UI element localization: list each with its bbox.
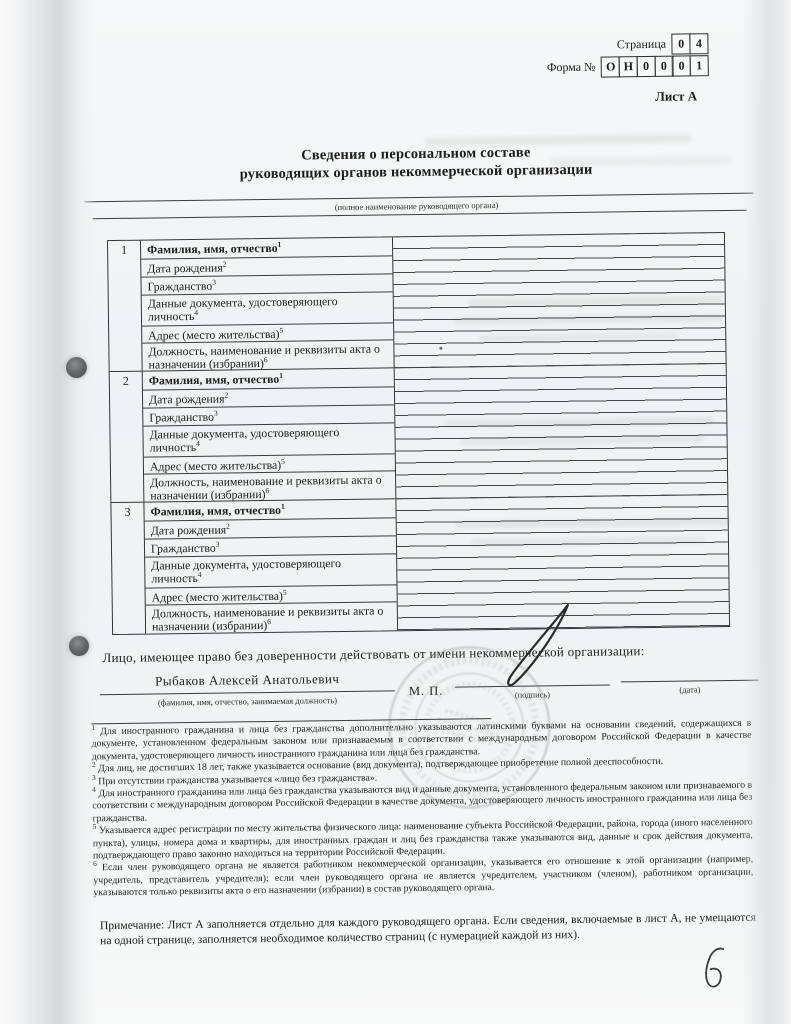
field-label: Должность, наименование и реквизиты акта…	[142, 340, 393, 371]
member-block: 2Фамилия, имя, отчество1Дата рождения2Гр…	[110, 364, 728, 503]
form-digit-box: 0	[636, 56, 655, 77]
date-line[interactable]	[621, 680, 759, 683]
footnote: 6 Если член руководящего органа не являе…	[93, 854, 753, 900]
page-digit-box: 4	[689, 33, 708, 54]
form-number-row: Форма № О Н 0 0 0 1	[525, 55, 709, 78]
page-label: Страница	[617, 37, 666, 53]
page-digit-box: 0	[672, 33, 691, 54]
page-content: Страница 0 4 Форма № О Н 0 0 0 1 Лист А …	[0, 0, 791, 1024]
form-number-label: Форма №	[547, 60, 596, 76]
field-label-column: Фамилия, имя, отчество1Дата рождения2Гра…	[141, 237, 395, 370]
member-block: 1Фамилия, имя, отчество1Дата рождения2Гр…	[108, 233, 726, 372]
footnotes: 1 Для иностранного гражданина и лица без…	[91, 718, 753, 900]
members-table: 1Фамилия, имя, отчество1Дата рождения2Гр…	[107, 232, 730, 635]
field-label: Должность, наименование и реквизиты акта…	[144, 471, 395, 502]
member-block: 3Фамилия, имя, отчество1Дата рождения2Гр…	[111, 495, 729, 634]
form-digit-box: 0	[654, 56, 673, 77]
field-label: Данные документа, удостоверяющего личнос…	[145, 554, 396, 588]
form-digit-box: Н	[619, 56, 638, 77]
field-label: Должность, наименование и реквизиты акта…	[146, 602, 397, 633]
form-digit-box: 0	[672, 55, 691, 76]
sheet-label: Лист А	[555, 88, 697, 106]
field-label: Данные документа, удостоверяющего личнос…	[143, 423, 394, 457]
pen-signature-flourish	[497, 598, 583, 694]
org-name-line[interactable]	[93, 210, 747, 220]
page-number-row: Страница 0 4	[550, 33, 708, 56]
punch-hole	[69, 636, 89, 656]
page-title: Сведения о персональном составе руководя…	[116, 142, 716, 185]
field-value-area[interactable]	[393, 233, 726, 367]
form-digit-box: О	[601, 56, 620, 77]
page-number-boxes: 0 4	[673, 33, 709, 54]
scanned-document-page: Страница 0 4 Форма № О Н 0 0 0 1 Лист А …	[0, 0, 791, 1024]
name-line-caption: (фамилия, имя, отчество, занимаемая долж…	[100, 694, 395, 708]
member-number: 1	[108, 241, 143, 371]
note-text: Примечание: Лист А заполняется отдельно …	[100, 910, 756, 949]
handwritten-page-number	[698, 941, 734, 996]
org-name-caption: (полное наименование руководящего органа…	[246, 199, 586, 213]
form-digit-box: 1	[690, 55, 709, 76]
field-label: Данные документа, удостоверяющего личнос…	[142, 292, 393, 326]
date-caption: (дата)	[621, 684, 759, 696]
field-label-column: Фамилия, имя, отчество1Дата рождения2Гра…	[143, 368, 397, 501]
authorized-person-name: Рыбаков Алексей Анатольевич	[100, 670, 395, 690]
form-number-boxes: О Н 0 0 0 1	[602, 55, 708, 77]
field-label-column: Фамилия, имя, отчество1Дата рождения2Гра…	[144, 499, 398, 633]
member-number: 2	[110, 372, 145, 502]
member-number: 3	[111, 503, 146, 634]
field-value-area[interactable]	[395, 364, 728, 498]
punch-hole	[66, 357, 87, 378]
